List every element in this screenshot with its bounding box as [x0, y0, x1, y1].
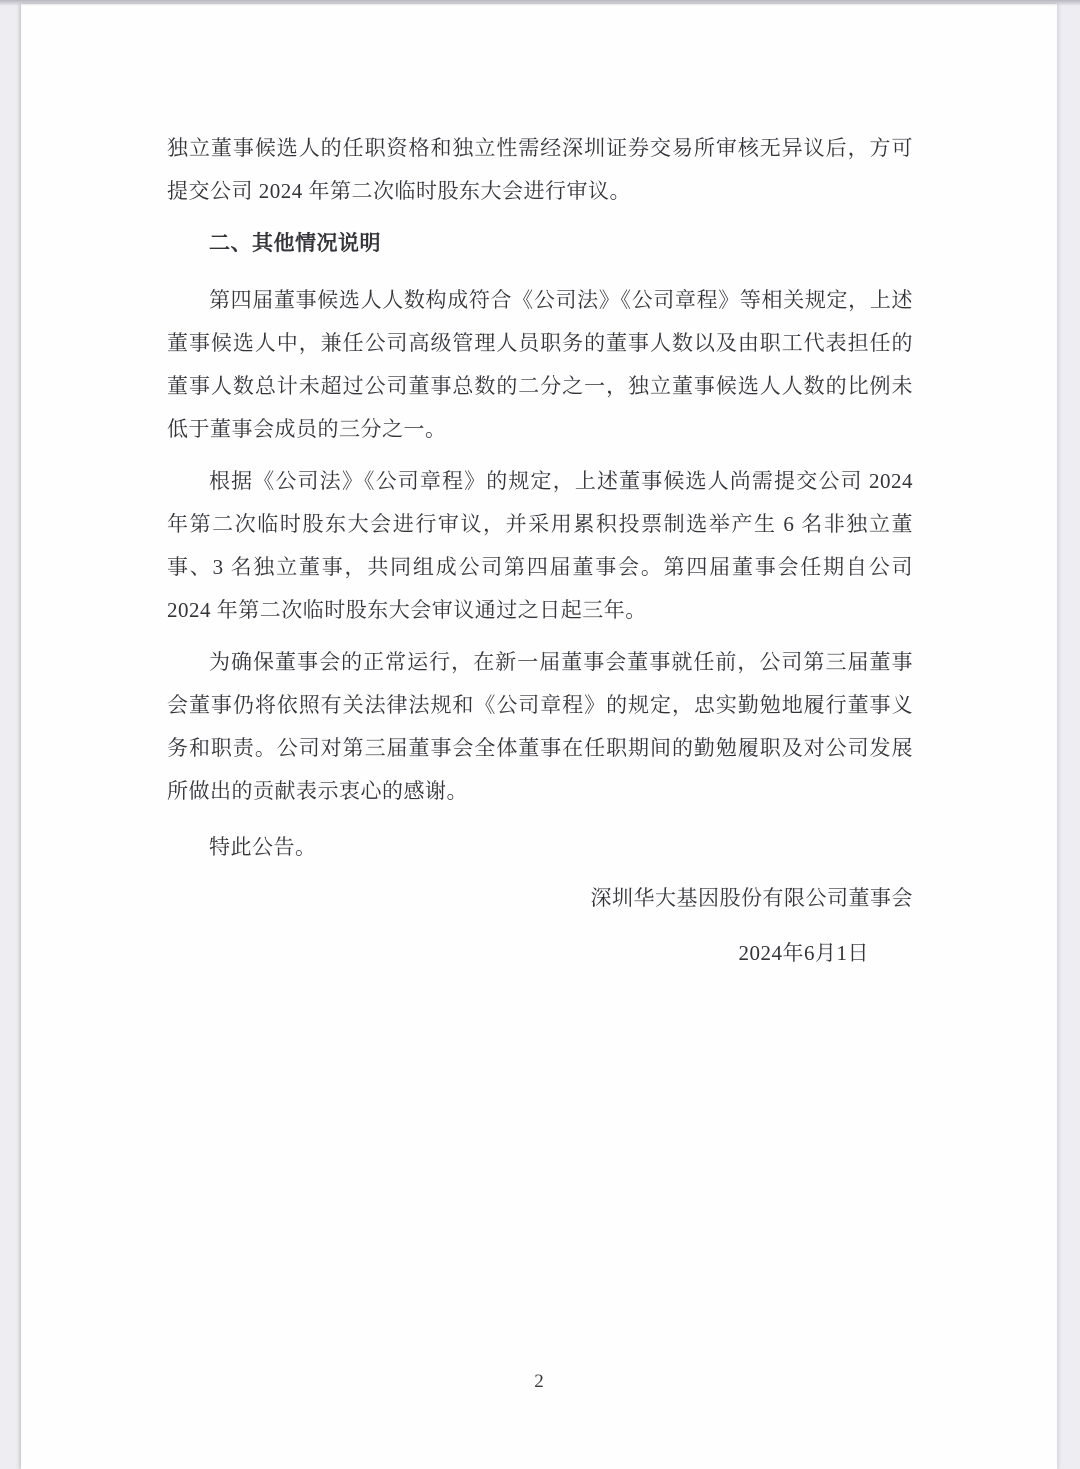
page-number: 2: [21, 1371, 1057, 1393]
signature-line: 深圳华大基因股份有限公司董事会: [167, 877, 913, 920]
section-heading: 二、其他情况说明: [167, 222, 913, 265]
date-line: 2024年6月1日: [167, 932, 913, 975]
paragraph-board-composition: 第四届董事候选人人数构成符合《公司法》《公司章程》等相关规定，上述董事候选人中，…: [167, 279, 913, 451]
paragraph-continuation: 独立董事候选人的任职资格和独立性需经深圳证券交易所审核无异议后，方可提交公司 2…: [167, 127, 913, 213]
paragraph-election-procedure: 根据《公司法》《公司章程》的规定，上述董事候选人尚需提交公司 2024 年第二次…: [167, 460, 913, 632]
paragraph-transition-gratitude: 为确保董事会的正常运行，在新一届董事会董事就任前，公司第三届董事会董事仍将依照有…: [167, 641, 913, 813]
document-body: 独立董事候选人的任职资格和独立性需经深圳证券交易所审核无异议后，方可提交公司 2…: [167, 127, 913, 975]
closing-statement: 特此公告。: [167, 826, 913, 869]
document-page: 独立董事候选人的任职资格和独立性需经深圳证券交易所审核无异议后，方可提交公司 2…: [21, 4, 1057, 1469]
